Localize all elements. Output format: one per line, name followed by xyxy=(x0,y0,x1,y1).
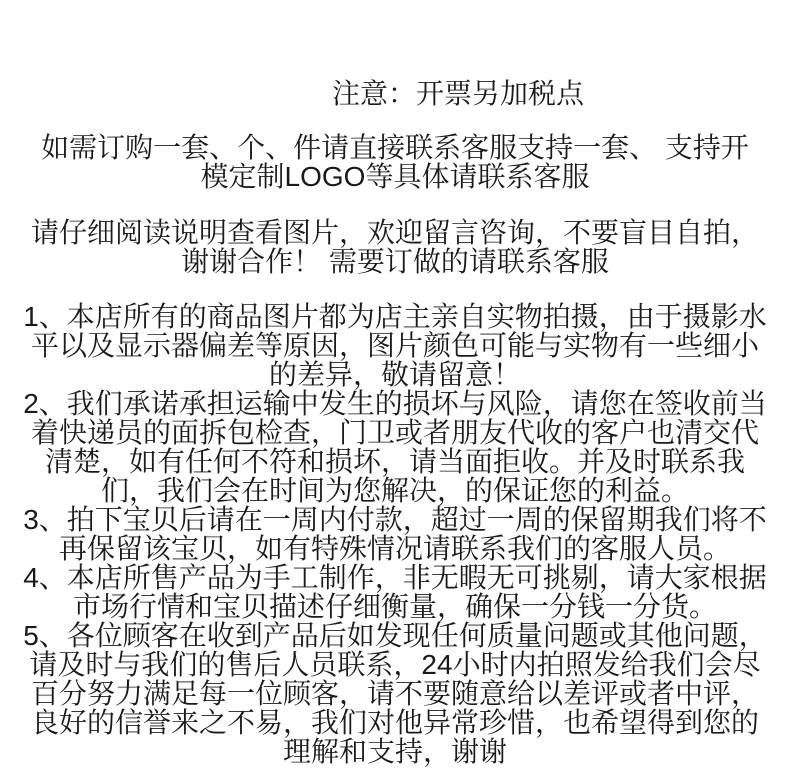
terms-item-1-line: 平以及显示器偏差等原因，图片颜色可能与实物有一些细小 xyxy=(0,331,790,360)
read-notice-line: 请仔细阅读说明查看图片，欢迎留言咨询，不要盲目自拍， xyxy=(0,218,790,247)
terms-item-5-line: 请及时与我们的售后人员联系，24小时内拍照发给我们会尽 xyxy=(0,650,790,679)
terms-item-1: 1、本店所有的商品图片都为店主亲自实物拍摄，由于摄影水 平以及显示器偏差等原因，… xyxy=(0,302,790,389)
terms-item-2-line: 们，我们会在时间为您解决，的保证您的利益。 xyxy=(0,476,790,505)
terms-item-5-line: 百分努力满足每一位顾客，请不要随意给以差评或者中评， xyxy=(0,679,790,708)
order-info-section: 如需订购一套、个、件请直接联系客服支持一套、 支持开 模定制LOGO等具体请联系… xyxy=(0,133,790,191)
terms-item-2-line: 着快递员的面拆包检查，门卫或者朋友代收的客户也清交代 xyxy=(0,418,790,447)
terms-item-2: 2、我们承诺承担运输中发生的损坏与风险，请您在签收前当 着快递员的面拆包检查，门… xyxy=(0,389,790,505)
invoice-notice-title: 注意：开票另加税点 xyxy=(63,79,790,108)
invoice-notice-section: 注意：开票另加税点 xyxy=(0,79,790,108)
terms-list: 1、本店所有的商品图片都为店主亲自实物拍摄，由于摄影水 平以及显示器偏差等原因，… xyxy=(0,302,790,766)
order-info-line: 如需订购一套、个、件请直接联系客服支持一套、 支持开 xyxy=(0,133,790,162)
terms-item-5-line: 5、各位顾客在收到产品后如发现任何质量问题或其他问题， xyxy=(0,621,790,650)
order-info-line: 模定制LOGO等具体请联系客服 xyxy=(0,162,790,191)
terms-item-5-line: 良好的信誉来之不易，我们对他异常珍惜，也希望得到您的 xyxy=(0,708,790,737)
terms-item-2-line: 清楚，如有任何不符和损坏，请当面拒收。并及时联系我 xyxy=(0,447,790,476)
terms-item-5: 5、各位顾客在收到产品后如发现任何质量问题或其他问题， 请及时与我们的售后人员联… xyxy=(0,621,790,766)
read-notice-section: 请仔细阅读说明查看图片，欢迎留言咨询，不要盲目自拍， 谢谢合作！ 需要订做的请联… xyxy=(0,218,790,276)
terms-item-4-line: 市场行情和宝贝描述仔细衡量，确保一分钱一分货。 xyxy=(0,592,790,621)
product-notice-page: 注意：开票另加税点 如需订购一套、个、件请直接联系客服支持一套、 支持开 模定制… xyxy=(0,0,790,768)
terms-item-3-line: 3、拍下宝贝后请在一周内付款，超过一周的保留期我们将不 xyxy=(0,505,790,534)
terms-item-4-line: 4、本店所售产品为手工制作，非无暇无可挑剔，请大家根据 xyxy=(0,563,790,592)
terms-item-3-line: 再保留该宝贝，如有特殊情况请联系我们的客服人员。 xyxy=(0,534,790,563)
terms-item-1-line: 的差异，敬请留意！ xyxy=(0,360,790,389)
terms-item-3: 3、拍下宝贝后请在一周内付款，超过一周的保留期我们将不 再保留该宝贝，如有特殊情… xyxy=(0,505,790,563)
terms-item-2-line: 2、我们承诺承担运输中发生的损坏与风险，请您在签收前当 xyxy=(0,389,790,418)
read-notice-line: 谢谢合作！ 需要订做的请联系客服 xyxy=(0,247,790,276)
terms-item-5-line: 理解和支持，谢谢 xyxy=(0,737,790,766)
terms-item-1-line: 1、本店所有的商品图片都为店主亲自实物拍摄，由于摄影水 xyxy=(0,302,790,331)
terms-item-4: 4、本店所售产品为手工制作，非无暇无可挑剔，请大家根据 市场行情和宝贝描述仔细衡… xyxy=(0,563,790,621)
